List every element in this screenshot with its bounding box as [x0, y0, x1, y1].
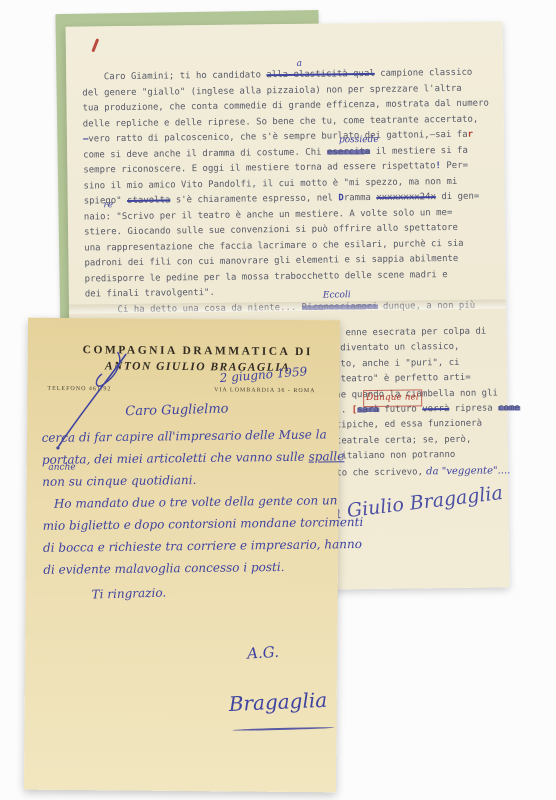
salutation: Caro Guglielmo: [125, 402, 229, 420]
red-pen-mark: [91, 38, 99, 52]
text-segment: futuro: [379, 404, 422, 415]
text-segment: spalle: [308, 449, 344, 463]
text-segment: stiere. Giocando sulle sue convenzioni s…: [84, 223, 458, 238]
text-segment: Ho mandato due o tre volte della gente c…: [42, 493, 337, 511]
text-segment: padroni dei fili con cui manovrare gli e…: [84, 254, 458, 269]
text-segment: enne esecrata per colpa di: [318, 327, 486, 339]
text-segment: delle repliche e delle riprese. So bene …: [83, 114, 479, 129]
text-segment: iù tipiche, ed essa funzionerà: [319, 419, 482, 431]
text-segment: spiego": [84, 196, 127, 207]
text-segment: non: [42, 475, 65, 489]
bragaglia-signature: Bragaglia: [228, 688, 327, 716]
signature-underline: [232, 727, 334, 732]
text-segment: verrà: [422, 404, 449, 414]
text-segment: stavolta: [127, 195, 170, 206]
text-segment: che quando la ciambella non gli: [319, 388, 498, 400]
text-segment: esercita: [327, 146, 370, 157]
text-segment: da "veggente"....: [423, 465, 510, 477]
text-segment: ca teatrale certa; se, però,: [320, 435, 472, 447]
text-segment: dei finali travolgenti".: [85, 288, 215, 300]
typed-letter-fragments: enne esecrata per colpa di è diventato u…: [318, 324, 520, 482]
typed-letter-body: Caro Giamini; ti ho candidato alla elast…: [82, 66, 491, 319]
text-segment: una rappresentazione che faccia lacrimar…: [84, 238, 463, 253]
text-segment: cerca di far capire all'impresario delle…: [42, 427, 327, 444]
text-segment: ramma: [344, 193, 377, 203]
text-segment: r: [468, 130, 474, 140]
annotated-segment: alla elasticità—quala: [266, 67, 375, 84]
text-segment: sino il mio amico Vito Pandolfi, il cui …: [83, 176, 457, 191]
text-segment: naio: "Scrivo: [84, 211, 155, 222]
annotated-segment: nonanche: [42, 471, 65, 493]
text-segment: per il teatro è anche un mestiere. A vol…: [154, 207, 452, 221]
handwritten-body: cerca di far capire all'impresario delle…: [42, 423, 340, 581]
text-segment: portata, dei miei articoletti che vanno …: [42, 450, 309, 467]
text-segment: come: [498, 403, 520, 413]
annotated-segment: esercitapossiede: [327, 144, 371, 160]
closing-line: Ti ringrazio.: [91, 586, 166, 602]
text-segment: da teatro" è perfetto arti=: [319, 373, 471, 385]
text-segment: di gen=: [436, 192, 479, 203]
typed-fragment-line: uesto che scrivevo, da "veggente"....: [320, 463, 521, 482]
text-segment: ripresa: [449, 403, 498, 414]
text-segment: tua produzione, che conta commedie di gr…: [82, 99, 488, 114]
text-segment: Caro Giamini; ti ho candidato: [82, 70, 266, 82]
text-segment: mio biglietto e dopo contorsioni mondane…: [43, 515, 364, 533]
text-segment: s'è chiaramente espresso, nel: [170, 193, 338, 205]
text-segment: di bocca e richieste tra corriere e impr…: [43, 537, 362, 555]
typed-fragment-line: que). [saràDunque nel futuro verrà ripre…: [319, 401, 520, 419]
text-segment: xxxxxxxx24x: [376, 192, 436, 203]
text-segment: del genere "giallo" (inglese alla pizzai…: [82, 83, 461, 98]
text-segment: di evidente malavoglia concesso i posti.: [43, 560, 284, 577]
text-segment: sempre riconoscere. E oggi il mestiere t…: [83, 161, 435, 175]
text-segment: come si deve anche il dramma di costume.…: [83, 147, 327, 160]
text-segment: campione classico: [375, 68, 473, 79]
photo-of-documents: Caro Giamini; ti ho candidato alla elast…: [0, 0, 556, 800]
annotated-segment: naio: "Scrivore: [84, 209, 155, 225]
text-segment: predisporre le pedine per la mossa trabo…: [85, 270, 448, 284]
text-segment: sarà: [357, 405, 379, 415]
handwritten-line: di bocca e richieste tra corriere e impr…: [43, 533, 339, 559]
letterhead-page: COMPAGNIA DRAMMATICA DI ANTON GIULIO BRA…: [24, 318, 340, 793]
address-label: VIA LOMBARDIA 36 - ROMA: [214, 387, 315, 394]
initials-signature: A.G.: [247, 643, 280, 663]
text-segment: vero ratto di palcoscenico, che s'è semp…: [88, 130, 467, 145]
text-segment: alla elasticità—qual: [266, 69, 374, 80]
text-segment: nito, anche i "puri", ci: [319, 358, 460, 370]
text-segment: su cinque quotidiani.: [65, 473, 197, 489]
text-segment: il mestiere si fa: [370, 145, 468, 156]
handwritten-line: portata, dei miei articoletti che vanno …: [42, 445, 338, 471]
text-segment: Per=: [441, 161, 468, 171]
annotated-segment: saràDunque nel: [357, 403, 379, 419]
handwritten-line: di evidente malavoglia concesso i posti.: [43, 555, 339, 581]
